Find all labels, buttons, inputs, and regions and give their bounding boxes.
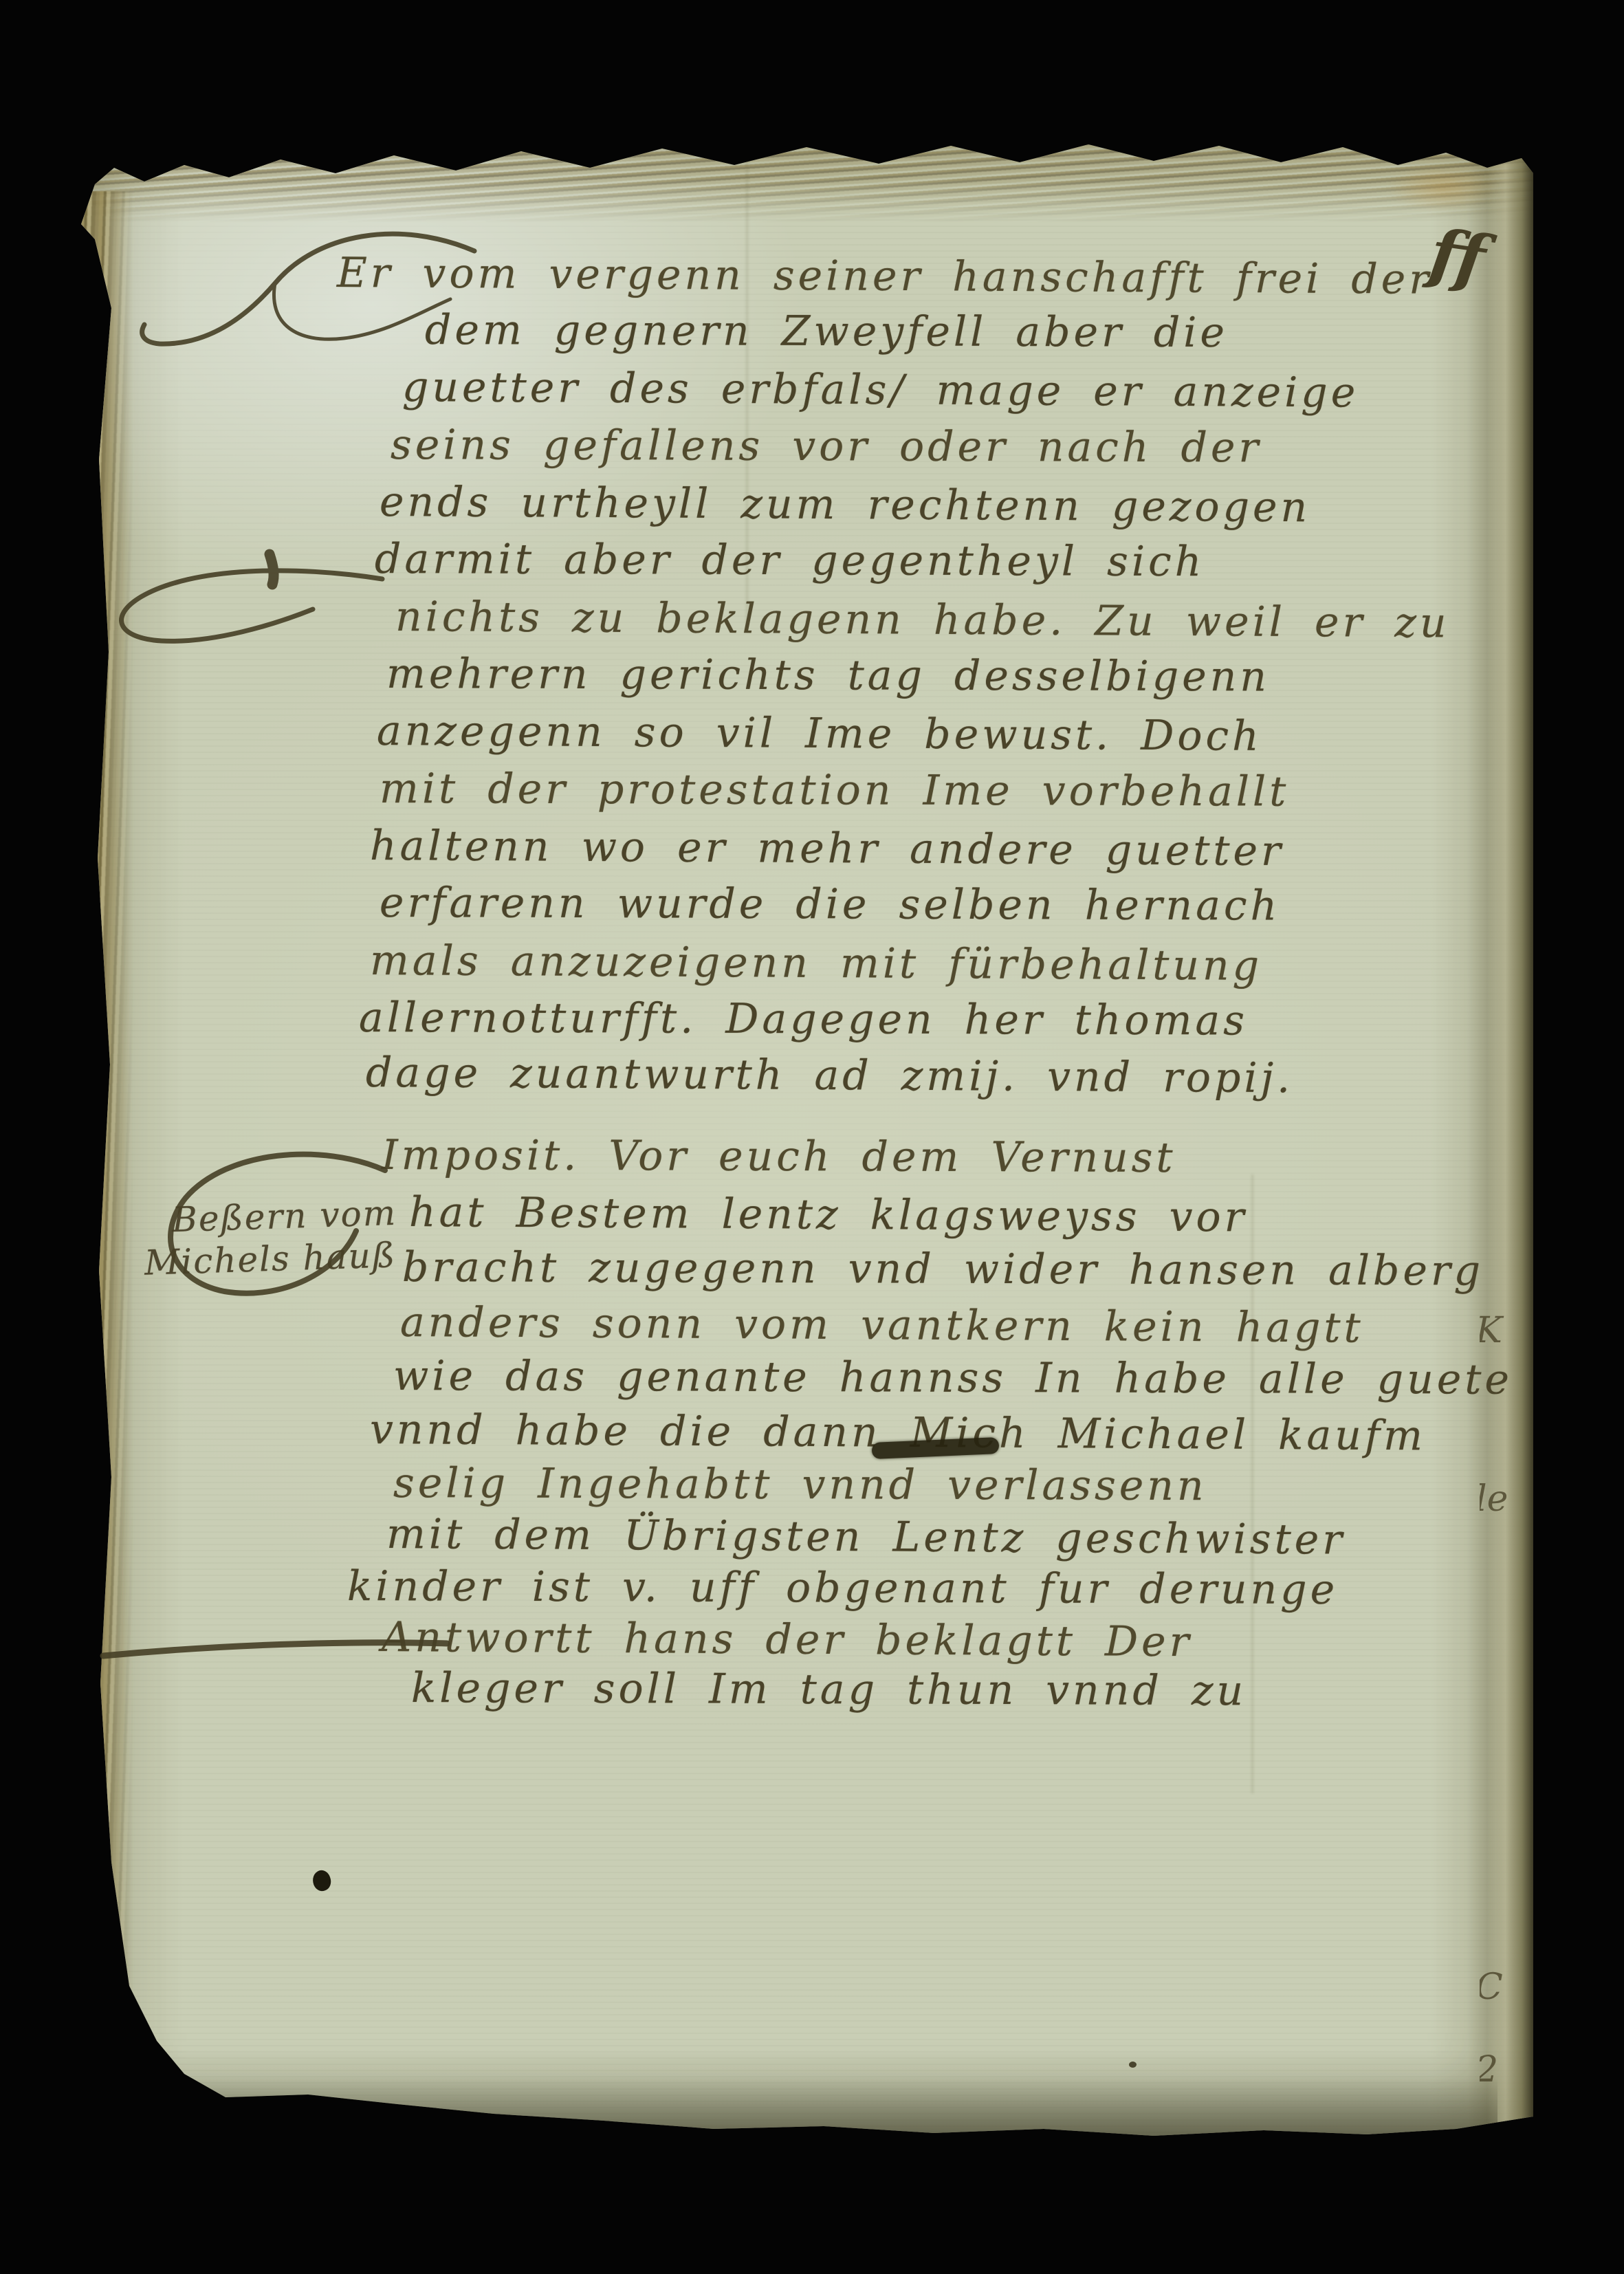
manuscript-line-23: mit dem Übrigsten Lentz geschwister [386, 1510, 1346, 1564]
manuscript-line-13: mals anzuzeigenn mit fürbehaltung [370, 937, 1262, 990]
manuscript-line-24: kinder ist v. uff obgenant fur derunge [347, 1562, 1338, 1614]
manuscript-line-6: darmit aber der gegentheyl sich [375, 535, 1205, 586]
manuscript-line-8: mehrern gerichts tag desselbigenn [386, 650, 1270, 701]
page-deckle-top-edge [81, 142, 1533, 223]
manuscript-line-14: allernotturfft. Dagegen her thomas [359, 994, 1248, 1045]
bottom-edge-shadow [122, 2077, 1497, 2139]
edge-fragment-glyph: 2 [1480, 2049, 1498, 2090]
manuscript-line-19: anders sonn vom vantkern kein hagtt [400, 1298, 1364, 1353]
margin-note-line1: Beßern vom [171, 1193, 397, 1240]
manuscript-line-17: hat Bestem lentz klagsweyss vor [409, 1188, 1248, 1241]
facing-page-text-fragments: K le C 2 [1480, 102, 1515, 2139]
ink-drop [310, 1868, 334, 1893]
edge-fragment-glyph: C [1480, 1967, 1503, 2008]
page-stack-left-edge [81, 191, 133, 2068]
manuscript-line-1: Er vom vergenn seiner hanschafft frei de… [337, 249, 1432, 304]
manuscript-line-18: bracht zugegenn vnd wider hansen alberg [402, 1243, 1484, 1295]
manuscript-line-25: Antwortt hans der beklagtt Der [382, 1613, 1193, 1666]
photo-stage: ff Beßern vom Michels hauß Er vom vergen… [0, 0, 1624, 2274]
paper-stain [135, 2063, 158, 2081]
manuscript-line-20: wie das genante hannss In habe alle guet… [393, 1352, 1513, 1404]
manuscript-line-3: guetter des erbfals/ mage er anzeige [402, 363, 1359, 417]
manuscript-page: ff Beßern vom Michels hauß Er vom vergen… [81, 102, 1533, 2139]
manuscript-line-10: mit der protestation Ime vorbehallt [380, 765, 1290, 816]
manuscript-line-4: seins gefallens vor oder nach der [391, 421, 1262, 472]
manuscript-line-26: kleger soll Im tag thun vnnd zu [411, 1664, 1247, 1715]
margin-note-line2: Michels hauß [144, 1235, 397, 1282]
manuscript-line-15: dage zuantwurth ad zmij. vnd ropij. [366, 1049, 1294, 1102]
manuscript-line-11: haltenn wo er mehr andere guetter [370, 822, 1284, 875]
ink-speck [1129, 2062, 1137, 2068]
manuscript-line-7: nichts zu beklagenn habe. Zu weil er zu [395, 593, 1450, 647]
edge-fragment-glyph: le [1480, 1478, 1508, 1520]
edge-fragment-glyph: K [1480, 1310, 1502, 1351]
manuscript-line-22: selig Ingehabtt vnnd verlassenn [393, 1459, 1207, 1510]
manuscript-line-9: anzegenn so vil Ime bewust. Doch [377, 707, 1262, 761]
manuscript-line-5: ends urtheyll zum rechtenn gezogen [380, 478, 1311, 532]
manuscript-line-16: Imposit. Vor euch dem Vernust [382, 1131, 1176, 1182]
manuscript-line-12: erfarenn wurde die selben hernach [380, 879, 1280, 930]
manuscript-line-2: dem gegnern Zweyfell aber die [425, 306, 1228, 357]
